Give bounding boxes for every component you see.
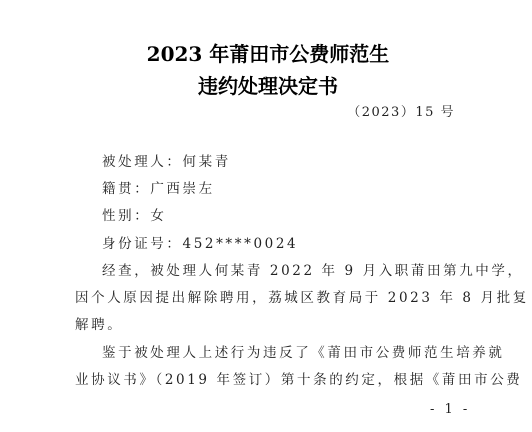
paragraph-1-line-1: 经查，被处理人何某青 2022 年 9 月入职莆田第九中学， [102,262,492,280]
paragraph-2-line-2: 业协议书》（2019 年签订）第十条的约定，根据《莆田市公费 [75,371,465,389]
paragraph-1-line-3: 解聘。 [75,316,465,334]
field-value: 广西崇左 [150,181,214,197]
field-id-number: 身份证号：452****0024 [102,235,492,253]
field-value: 452****0024 [183,236,299,252]
field-label: 被处理人： [102,154,183,170]
field-person: 被处理人：何某青 [102,153,492,171]
field-label: 籍贯： [102,181,150,197]
paragraph-1-line-2: 因个人原因提出解除聘用，荔城区教育局于 2023 年 8 月批复 [75,289,465,307]
field-hometown: 籍贯：广西崇左 [102,180,492,198]
field-value: 女 [150,208,166,224]
paragraph-2-line-1: 鉴于被处理人上述行为违反了《莆田市公费师范生培养就 [102,344,492,362]
document-number: （2023）15 号 [347,104,455,122]
field-gender: 性别：女 [102,207,492,225]
document-title-line-2: 违约处理决定书 [2,74,532,98]
field-label: 身份证号： [102,236,183,252]
document-page: 2023 年莆田市公费师范生 违约处理决定书 （2023）15 号 被处理人：何… [0,0,532,432]
page-number: - 1 - [430,401,470,419]
field-value: 何某青 [183,154,231,170]
document-title-line-1: 2023 年莆田市公费师范生 [2,42,532,66]
field-label: 性别： [102,208,150,224]
